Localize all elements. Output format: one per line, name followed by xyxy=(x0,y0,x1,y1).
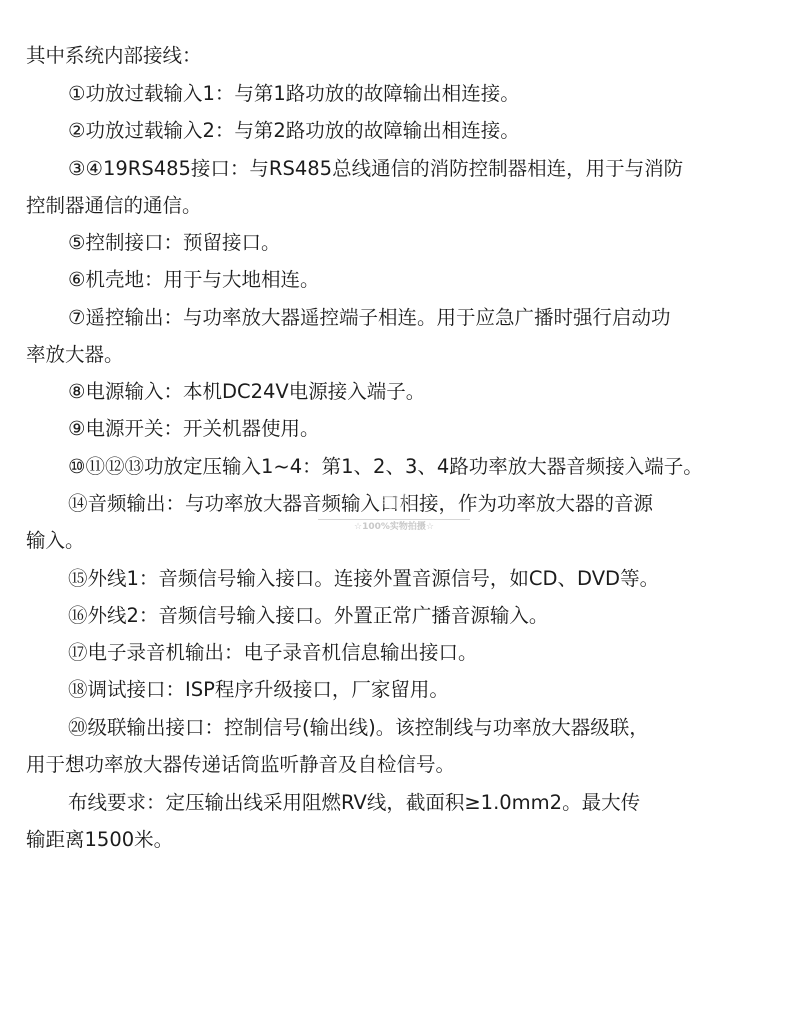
item-line-14: ⑭音频输出：与功率放大器音频输入口相接，作为功率放大器的音源 xyxy=(68,491,653,517)
item-line-16: ⑯外线2：音频信号输入接口。外置正常广播音源输入。 xyxy=(68,603,548,629)
item-line-7-cont: 率放大器。 xyxy=(26,342,124,368)
item-line-14-cont: 输入。 xyxy=(26,528,85,554)
item-line-9: ⑨电源开关：开关机器使用。 xyxy=(68,416,319,442)
item-line-18: ⑱调试接口：ISP程序升级接口，厂家留用。 xyxy=(68,677,449,703)
item-line-15: ⑮外线1：音频信号输入接口。连接外置音源信号，如CD、DVD等。 xyxy=(68,566,659,592)
item-line-5: ⑤控制接口：预留接口。 xyxy=(68,230,280,256)
section-heading: 其中系统内部接线： xyxy=(26,43,202,69)
item-line-20: ⑳级联输出接口：控制信号(输出线)。该控制线与功率放大器级联， xyxy=(68,715,649,741)
item-line-20-cont: 用于想功率放大器传递话筒监听静音及自检信号。 xyxy=(26,752,455,778)
item-line-17: ⑰电子录音机输出：电子录音机信息输出接口。 xyxy=(68,640,478,666)
wiring-requirement-cont: 输距离1500米。 xyxy=(26,827,173,853)
document-page: 其中系统内部接线： ①功放过载输入1：与第1路功放的故障输出相连接。 ②功放过载… xyxy=(0,0,790,1028)
item-line-8: ⑧电源输入：本机DC24V电源接入端子。 xyxy=(68,379,425,405)
wiring-requirement: 布线要求：定压输出线采用阻燃RV线，截面积≥1.0mm2。最大传 xyxy=(68,790,640,816)
item-line-10-13: ⑩⑪⑫⑬功放定压输入1~4：第1、2、3、4路功率放大器音频接入端子。 xyxy=(68,454,703,480)
item-line-7: ⑦遥控输出：与功率放大器遥控端子相连。用于应急广播时强行启动功 xyxy=(68,305,670,331)
item-line-6: ⑥机壳地：用于与大地相连。 xyxy=(68,267,319,293)
item-line-2: ②功放过载输入2：与第2路功放的故障输出相连接。 xyxy=(68,118,520,144)
watermark-divider xyxy=(318,519,470,520)
item-line-3-cont: 控制器通信的通信。 xyxy=(26,193,202,219)
item-line-3: ③④19RS485接口：与RS485总线通信的消防控制器相连，用于与消防 xyxy=(68,156,683,182)
watermark-sub-text: ☆100%实物拍摄☆ xyxy=(318,521,470,533)
item-line-1: ①功放过载输入1：与第1路功放的故障输出相连接。 xyxy=(68,81,520,107)
